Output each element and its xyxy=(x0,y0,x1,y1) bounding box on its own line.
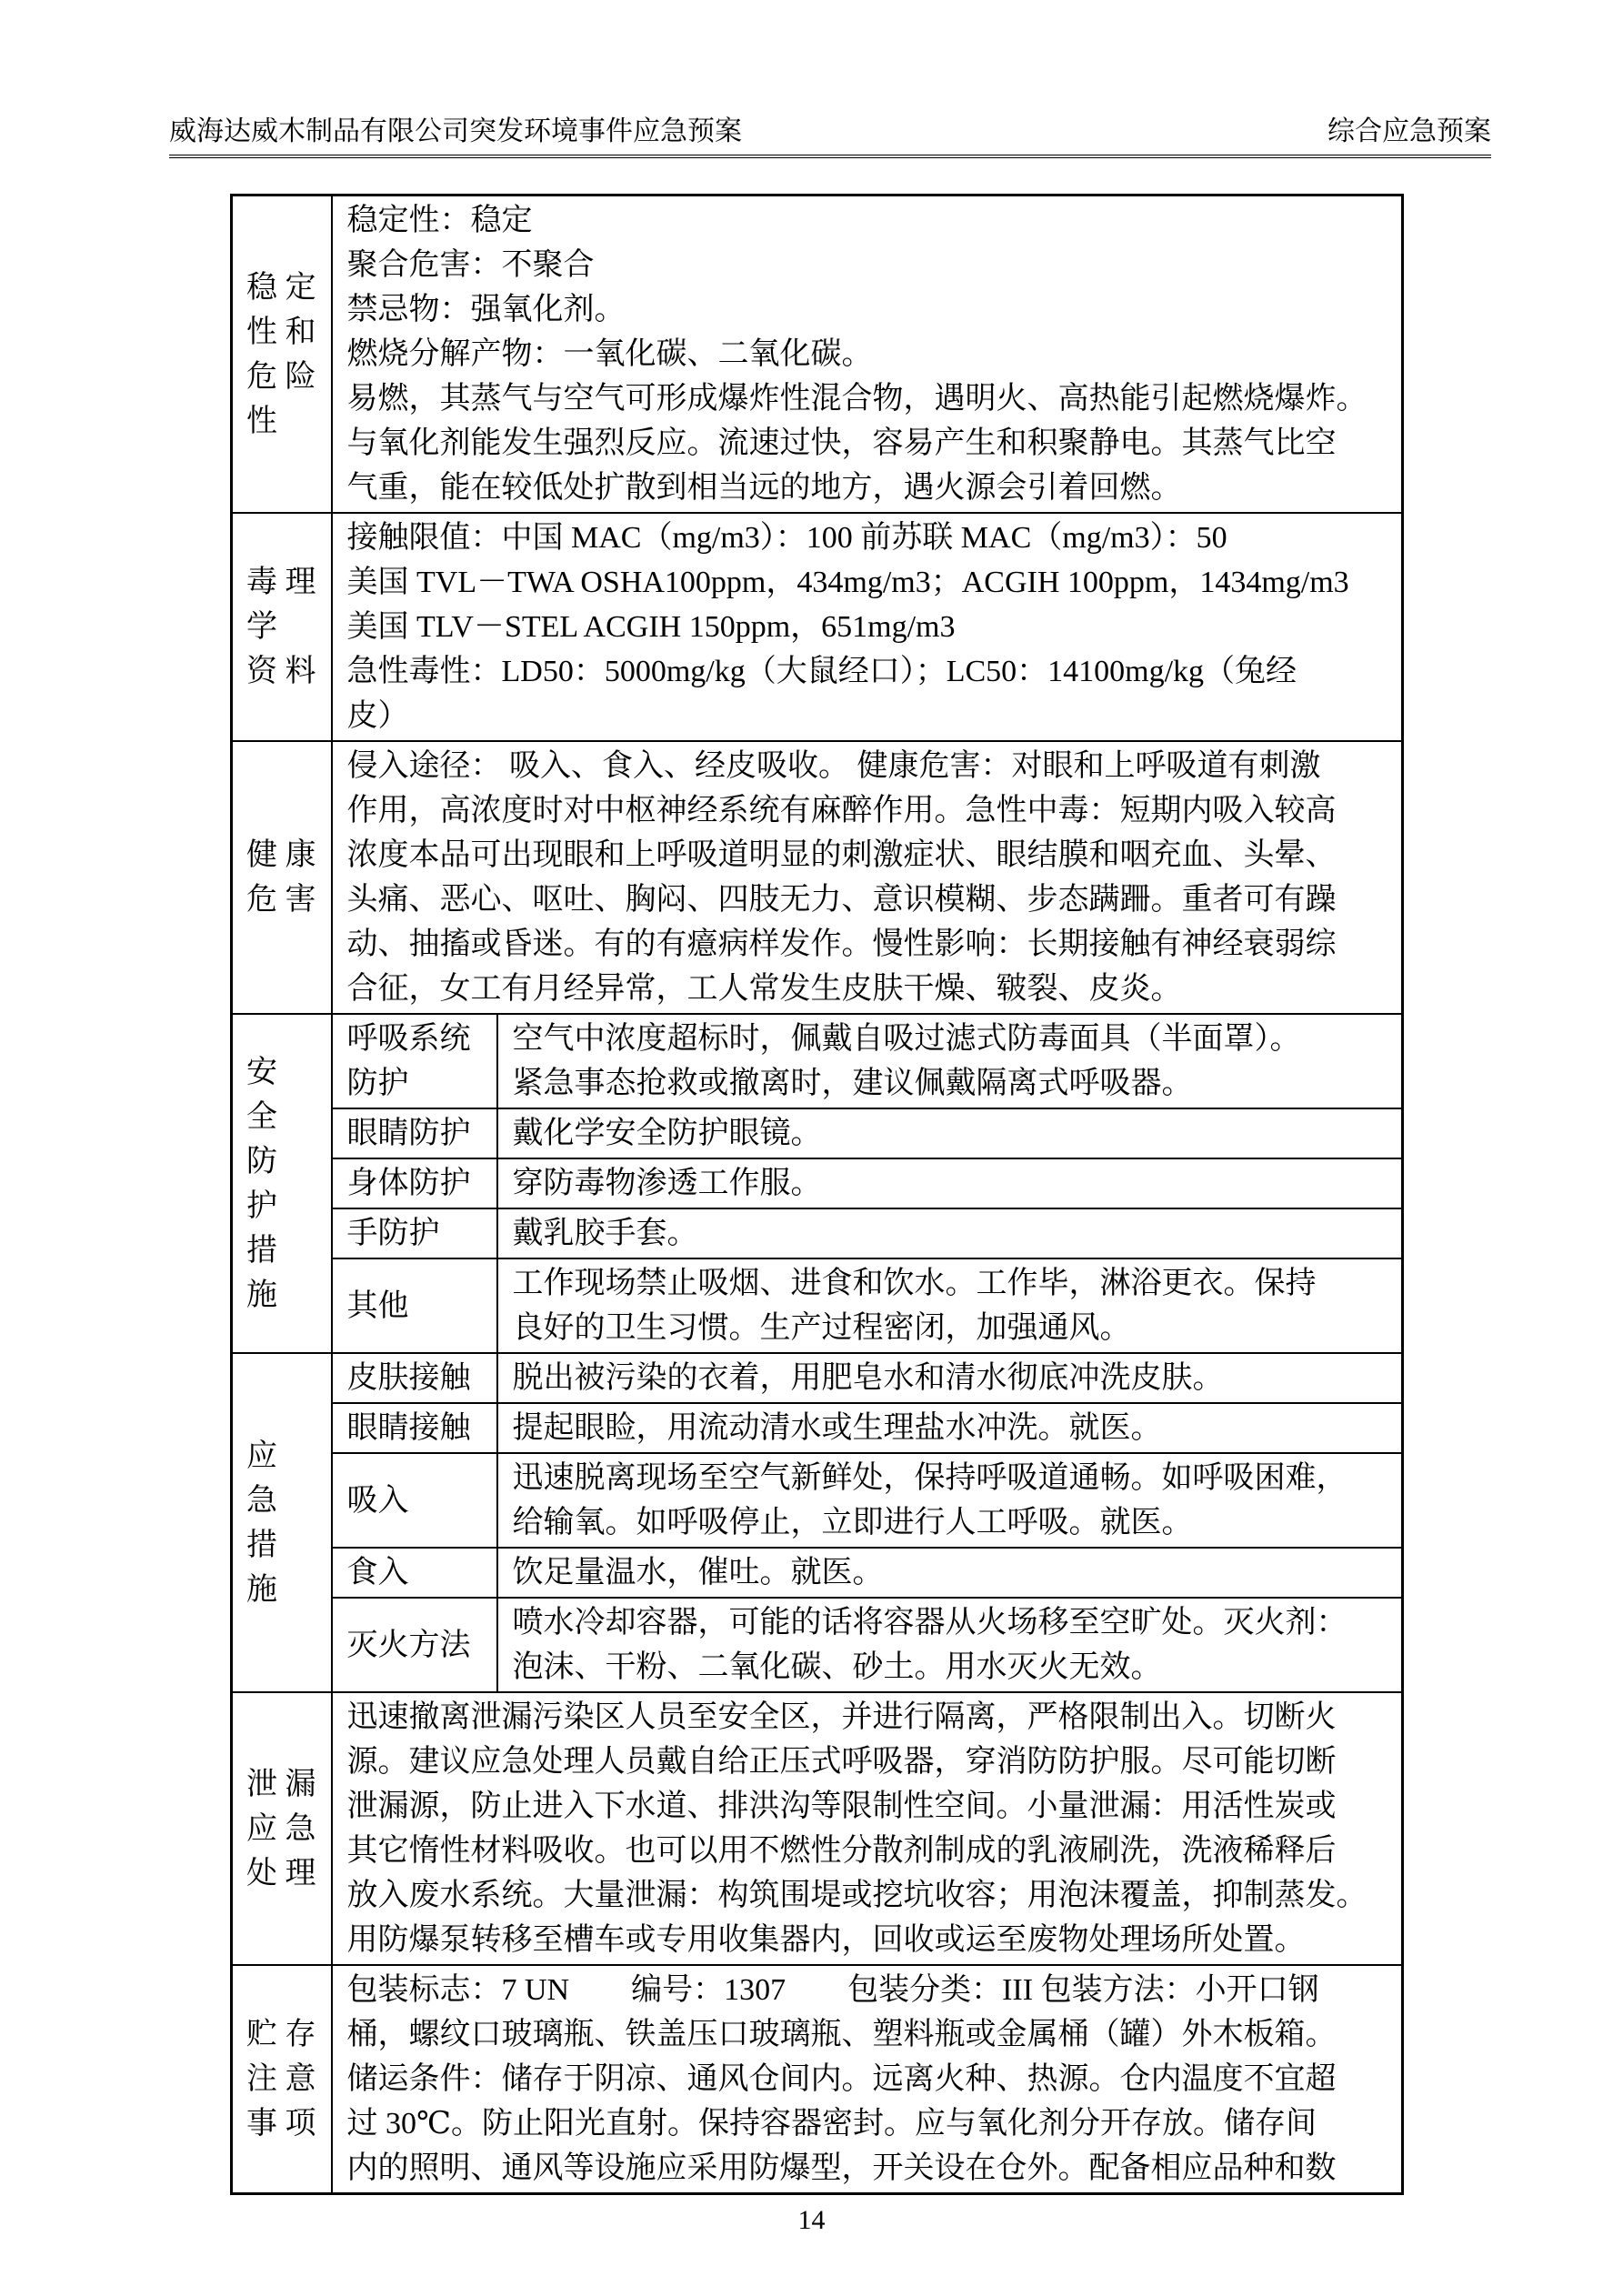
sublabel-respiratory-protection: 呼吸系统 防护 xyxy=(332,1014,497,1108)
table-row-fire-fighting: 灭火方法 喷水冷却容器，可能的话将容器从火场移至空旷处。灭火剂： 泡沫、干粉、二… xyxy=(232,1598,1403,1692)
content-cell-eye-contact: 提起眼睑，用流动清水或生理盐水冲洗。就医。 xyxy=(497,1403,1403,1453)
sublabel-eye-contact: 眼睛接触 xyxy=(332,1403,497,1453)
sublabel-skin-contact: 皮肤接触 xyxy=(332,1353,497,1403)
content-cell-hand-protection: 戴乳胶手套。 xyxy=(497,1208,1403,1258)
content-cell-inhalation: 迅速脱离现场至空气新鲜处，保持呼吸道通畅。如呼吸困难， 给输氧。如呼吸停止，立即… xyxy=(497,1453,1403,1548)
row-label-stability: 稳 定 性 和 危 险 性 xyxy=(232,196,332,514)
table-row-stability: 稳 定 性 和 危 险 性 稳定性：稳定 聚合危害：不聚合 禁忌物：强氧化剂。 … xyxy=(232,196,1403,514)
row-label-toxicology: 毒 理 学 资 料 xyxy=(232,513,332,741)
page-header: 威海达威木制品有限公司突发环境事件应急预案 综合应急预案 xyxy=(169,116,1491,158)
table-row-eye-contact: 眼睛接触 提起眼睑，用流动清水或生理盐水冲洗。就医。 xyxy=(232,1403,1403,1453)
table-row-skin-contact: 应 急 措 施 皮肤接触 脱出被污染的衣着，用肥皂水和清水彻底冲洗皮肤。 xyxy=(232,1353,1403,1403)
table-row-respiratory-protection: 安 全 防 护 措 施 呼吸系统 防护 空气中浓度超标时，佩戴自吸过滤式防毒面具… xyxy=(232,1014,1403,1108)
content-cell-eye-protection: 戴化学安全防护眼镜。 xyxy=(497,1108,1403,1158)
content-cell-storage-precautions: 包装标志：7 UN 编号：1307 包装分类：III 包装方法：小开口钢 桶，螺… xyxy=(332,1965,1403,2194)
content-cell-ingestion: 饮足量温水，催吐。就医。 xyxy=(497,1548,1403,1598)
content-cell-skin-contact: 脱出被污染的衣着，用肥皂水和清水彻底冲洗皮肤。 xyxy=(497,1353,1403,1403)
content-cell-stability: 稳定性：稳定 聚合危害：不聚合 禁忌物：强氧化剂。 燃烧分解产物：一氧化碳、二氧… xyxy=(332,196,1403,514)
content-cell-respiratory-protection: 空气中浓度超标时，佩戴自吸过滤式防毒面具（半面罩）。 紧急事态抢救或撤离时，建议… xyxy=(497,1014,1403,1108)
sublabel-hand-protection: 手防护 xyxy=(332,1208,497,1258)
table-row-toxicology: 毒 理 学 资 料 接触限值：中国 MAC（mg/m3）：100 前苏联 MAC… xyxy=(232,513,1403,741)
sublabel-fire-fighting: 灭火方法 xyxy=(332,1598,497,1692)
sublabel-body-protection: 身体防护 xyxy=(332,1158,497,1208)
content-cell-leak-handling: 迅速撤离泄漏污染区人员至安全区，并进行隔离，严格限制出入。切断火 源。建议应急处… xyxy=(332,1692,1403,1965)
sublabel-ingestion: 食入 xyxy=(332,1548,497,1598)
row-label-leak-handling: 泄 漏 应 急 处 理 xyxy=(232,1692,332,1965)
table-row-leak-handling: 泄 漏 应 急 处 理 迅速撤离泄漏污染区人员至安全区，并进行隔离，严格限制出入… xyxy=(232,1692,1403,1965)
table-row-eye-protection: 眼睛防护 戴化学安全防护眼镜。 xyxy=(232,1108,1403,1158)
sublabel-inhalation: 吸入 xyxy=(332,1453,497,1548)
table-row-ingestion: 食入 饮足量温水，催吐。就医。 xyxy=(232,1548,1403,1598)
table-row-storage-precautions: 贮 存 注 意 事 项 包装标志：7 UN 编号：1307 包装分类：III 包… xyxy=(232,1965,1403,2194)
table-row-other-protection: 其他 工作现场禁止吸烟、进食和饮水。工作毕，淋浴更衣。保持 良好的卫生习惯。生产… xyxy=(232,1258,1403,1353)
content-cell-other-protection: 工作现场禁止吸烟、进食和饮水。工作毕，淋浴更衣。保持 良好的卫生习惯。生产过程密… xyxy=(497,1258,1403,1353)
table-row-health-hazard: 健 康 危 害 侵入途径： 吸入、食入、经皮吸收。 健康危害：对眼和上呼吸道有刺… xyxy=(232,741,1403,1014)
table-row-hand-protection: 手防护 戴乳胶手套。 xyxy=(232,1208,1403,1258)
header-left-title: 威海达威木制品有限公司突发环境事件应急预案 xyxy=(169,116,742,147)
table-row-inhalation: 吸入 迅速脱离现场至空气新鲜处，保持呼吸道通畅。如呼吸困难， 给输氧。如呼吸停止… xyxy=(232,1453,1403,1548)
msds-table: 稳 定 性 和 危 险 性 稳定性：稳定 聚合危害：不聚合 禁忌物：强氧化剂。 … xyxy=(230,194,1404,2195)
row-label-emergency-measures: 应 急 措 施 xyxy=(232,1353,332,1692)
table-row-body-protection: 身体防护 穿防毒物渗透工作服。 xyxy=(232,1158,1403,1208)
content-cell-body-protection: 穿防毒物渗透工作服。 xyxy=(497,1158,1403,1208)
page-number: 14 xyxy=(0,2205,1623,2236)
row-label-storage-precautions: 贮 存 注 意 事 项 xyxy=(232,1965,332,2194)
row-label-health-hazard: 健 康 危 害 xyxy=(232,741,332,1014)
content-cell-health-hazard: 侵入途径： 吸入、食入、经皮吸收。 健康危害：对眼和上呼吸道有刺激 作用，高浓度… xyxy=(332,741,1403,1014)
header-right-title: 综合应急预案 xyxy=(1327,116,1491,147)
content-cell-fire-fighting: 喷水冷却容器，可能的话将容器从火场移至空旷处。灭火剂： 泡沫、干粉、二氧化碳、砂… xyxy=(497,1598,1403,1692)
content-cell-toxicology: 接触限值：中国 MAC（mg/m3）：100 前苏联 MAC（mg/m3）：50… xyxy=(332,513,1403,741)
sublabel-other-protection: 其他 xyxy=(332,1258,497,1353)
row-label-safety-protection: 安 全 防 护 措 施 xyxy=(232,1014,332,1353)
sublabel-eye-protection: 眼睛防护 xyxy=(332,1108,497,1158)
